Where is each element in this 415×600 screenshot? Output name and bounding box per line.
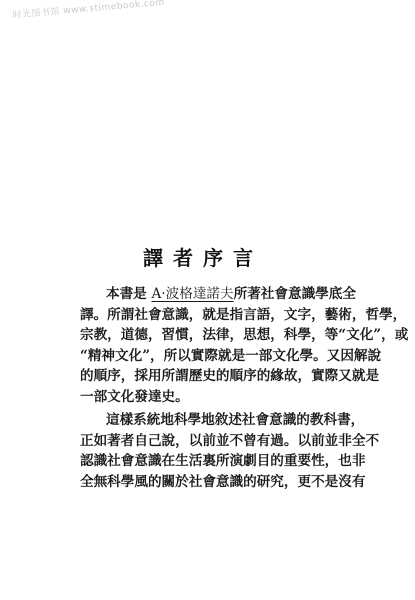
text-line: 譯。所謂社會意識，就是指言語，文字，藝術，哲學， — [80, 305, 340, 326]
text-line: “精神文化”，所以實際就是一部文化學。又因解說 — [80, 346, 340, 367]
text-segment: 所著社會意識學底全 — [234, 286, 356, 302]
watermark: 时光图书馆 www.stimebook.com — [12, 0, 165, 21]
author-name: A·波格達諾夫 — [152, 286, 234, 302]
text-line: 全無科學風的關於社會意識的研究，更不是沒有 — [80, 472, 340, 493]
paragraph-2: 這樣系統地科學地敘述社會意識的教科書， 正如著者自己說，以前並不曾有過。以前並非… — [80, 410, 340, 492]
text-line: 認識社會意識在生活裏所演劇目的重要性，也非 — [80, 451, 340, 472]
text-line: 宗教，道德，習慣，法律，思想，科學，等“文化”，或 — [80, 325, 340, 346]
text-line: 的順序，採用所謂歷史的順序的緣故，實際又就是 — [80, 366, 340, 387]
paragraph-1: 本書是 A·波格達諾夫所著社會意識學底全 譯。所謂社會意識，就是指言語，文字，藝… — [80, 284, 340, 408]
page-title: 譯者序言 — [143, 242, 263, 271]
text-line: 一部文化發達史。 — [80, 387, 340, 408]
text-line: 正如著者自己說，以前並不曾有過。以前並非全不 — [80, 431, 340, 452]
text-line: 這樣系統地科學地敘述社會意識的教科書， — [80, 410, 340, 431]
text-segment: 本書是 — [106, 286, 152, 302]
text-line: 本書是 A·波格達諾夫所著社會意識學底全 — [80, 284, 340, 305]
